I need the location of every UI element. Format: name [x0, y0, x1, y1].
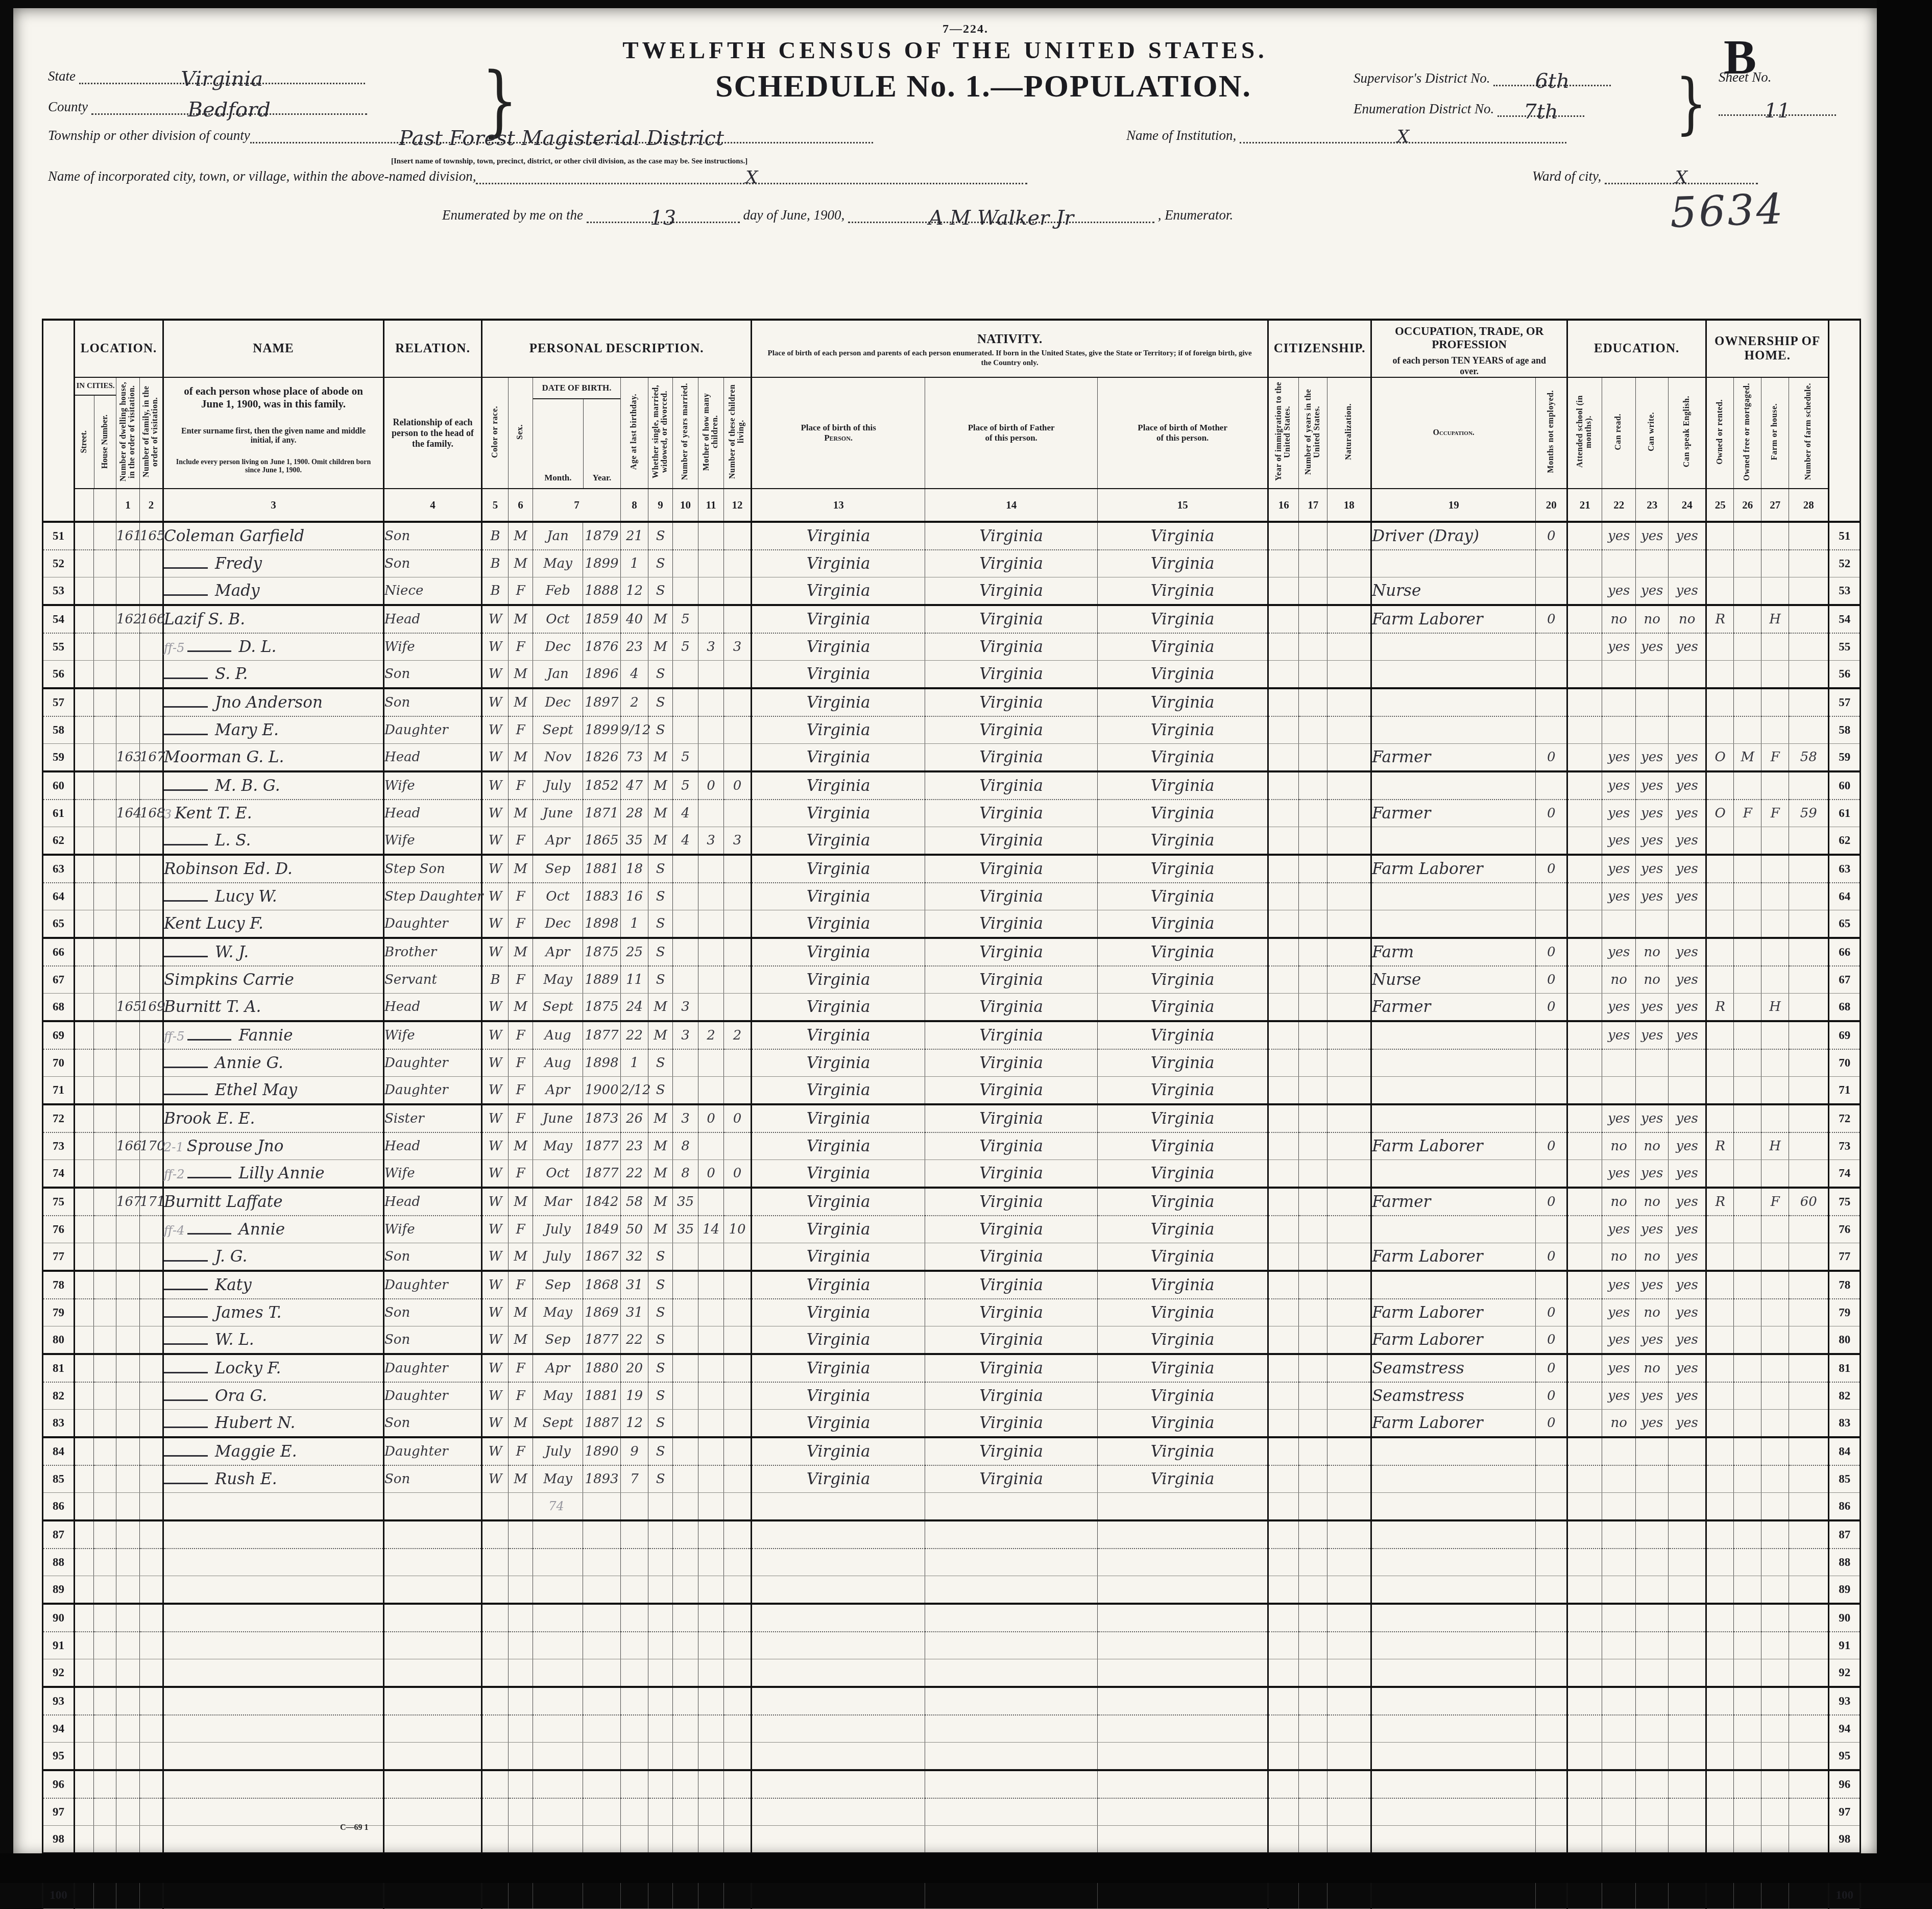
cell-name: Ora G.: [163, 1382, 384, 1410]
immigration-header: Year of immigration to the United States…: [1268, 377, 1299, 489]
cell-owned-rented: [1706, 1549, 1734, 1576]
cell-months-not-employed: 0: [1536, 1243, 1567, 1271]
cell-dwelling-no: [116, 1632, 140, 1659]
cell-family-no: [140, 1354, 163, 1382]
cell-can-english: [1669, 1659, 1706, 1687]
cell-farm-house: [1761, 661, 1789, 689]
cell-free-mortgaged: [1734, 1520, 1761, 1549]
cell-farm-house: F: [1761, 800, 1789, 827]
cell-can-read: [1602, 1632, 1636, 1659]
col-num: 23: [1636, 489, 1669, 522]
cell-attended-school: [1567, 744, 1602, 772]
cell-street: [75, 855, 94, 883]
cell-can-english: [1669, 1049, 1706, 1077]
cell-pob-person: Virginia: [752, 605, 925, 633]
cell-family-no: [140, 771, 163, 800]
cell-years-married: [673, 938, 698, 966]
cell-years-married: [673, 1271, 698, 1299]
cell-immigration-year: [1268, 827, 1299, 855]
cell-can-write: yes: [1636, 827, 1669, 855]
enumerator-signature: A M Walker Jr: [929, 206, 1074, 230]
name-desc-text: of each person whose place of abode on J…: [164, 378, 383, 414]
cell-can-english: [1669, 550, 1706, 577]
enumerated-pre: Enumerated by me on the: [442, 207, 583, 223]
cell-years-us: [1299, 1632, 1327, 1659]
cell-attended-school: [1567, 1299, 1602, 1326]
cell-birth-month: Apr: [533, 1077, 583, 1105]
cell-name: ff-5D. L.: [163, 633, 384, 661]
cell-pob-father: Virginia: [925, 1132, 1098, 1160]
cell-immigration-year: [1268, 1132, 1299, 1160]
row-number-right: 60: [1829, 771, 1861, 800]
cell-birth-month: May: [533, 1382, 583, 1410]
cell-free-mortgaged: [1734, 1604, 1761, 1632]
cell-owned-rented: [1706, 633, 1734, 661]
cell-months-not-employed: 0: [1536, 1354, 1567, 1382]
cell-children-living: [724, 744, 752, 772]
cell-immigration-year: [1268, 855, 1299, 883]
cell-children-living: [724, 522, 752, 550]
cell-years-married: [673, 1410, 698, 1438]
cell-birth-month: Sept: [533, 716, 583, 744]
cell-birth-year: 1890: [583, 1437, 621, 1465]
cell-dwelling-no: [116, 1104, 140, 1132]
cell-street: [75, 1520, 94, 1549]
col-num: 3: [163, 489, 384, 522]
cell-can-read: yes: [1602, 994, 1636, 1022]
cell-pob-father: Virginia: [925, 883, 1098, 910]
cell-pob-mother: [1098, 1826, 1268, 1854]
cell-age: 1: [621, 1049, 648, 1077]
cell-naturalization: [1327, 1382, 1371, 1410]
cell-years-us: [1299, 1354, 1327, 1382]
cell-can-read: no: [1602, 1410, 1636, 1438]
cell-children-living: 0: [724, 1160, 752, 1188]
cell-marital: S: [648, 1410, 673, 1438]
cell-can-read: [1602, 1549, 1636, 1576]
cell-relation: [384, 1520, 482, 1549]
cell-naturalization: [1327, 1576, 1371, 1604]
cell-farm-house: [1761, 1049, 1789, 1077]
cell-color: [482, 1881, 509, 1909]
cell-house-number: [94, 1770, 116, 1798]
cell-attended-school: [1567, 1465, 1602, 1493]
cell-can-write: [1636, 1465, 1669, 1493]
cell-years-us: [1299, 1715, 1327, 1743]
cell-years-us: [1299, 1604, 1327, 1632]
row-number-right: 73: [1829, 1132, 1861, 1160]
cell-street: [75, 1715, 94, 1743]
cell-can-english: [1669, 1632, 1706, 1659]
cell-pob-person: [752, 1743, 925, 1771]
cell-attended-school: [1567, 1216, 1602, 1243]
in-cities-title: IN CITIES.: [75, 378, 116, 396]
table-row: 9898: [43, 1826, 1861, 1854]
cell-can-write: yes: [1636, 994, 1669, 1022]
cell-pob-mother: [1098, 1493, 1268, 1521]
cell-years-us: [1299, 910, 1327, 938]
ditto-mark: [187, 1170, 231, 1178]
cell-pob-mother: Virginia: [1098, 661, 1268, 689]
cell-marital: M: [648, 1104, 673, 1132]
sheet-value: 11: [1765, 99, 1791, 123]
row-number-left: 69: [43, 1021, 75, 1049]
cell-color: W: [482, 1382, 509, 1410]
cell-farm-house: [1761, 855, 1789, 883]
cell-pob-mother: Virginia: [1098, 1243, 1268, 1271]
cell-street: [75, 1021, 94, 1049]
cell-occupation: [1371, 550, 1536, 577]
cell-pob-person: Virginia: [752, 827, 925, 855]
cell-years-us: [1299, 1437, 1327, 1465]
cell-pob-person: Virginia: [752, 1132, 925, 1160]
cell-years-us: [1299, 1826, 1327, 1854]
col-num: 27: [1761, 489, 1789, 522]
township-field: Township or other division of countyPast…: [48, 127, 873, 143]
cell-owned-rented: [1706, 1687, 1734, 1715]
cell-occupation: [1371, 910, 1536, 938]
cell-pob-person: Virginia: [752, 938, 925, 966]
cell-family-no: [140, 1077, 163, 1105]
cell-occupation: Seamstress: [1371, 1382, 1536, 1410]
cell-color: W: [482, 661, 509, 689]
cell-relation: Brother: [384, 938, 482, 966]
cell-pob-mother: Virginia: [1098, 1410, 1268, 1438]
cell-color: W: [482, 910, 509, 938]
cell-occupation: Farm: [1371, 938, 1536, 966]
cell-marital: M: [648, 994, 673, 1022]
cell-birth-year: 1877: [583, 1132, 621, 1160]
cell-can-write: yes: [1636, 1410, 1669, 1438]
cell-relation: Head: [384, 1132, 482, 1160]
cell-house-number: [94, 1687, 116, 1715]
cell-house-number: [94, 827, 116, 855]
row-number-right: 71: [1829, 1077, 1861, 1105]
cell-can-english: yes: [1669, 577, 1706, 606]
cell-age: 25: [621, 938, 648, 966]
cell-dwelling-no: [116, 1770, 140, 1798]
cell-house-number: [94, 855, 116, 883]
cell-street: [75, 1743, 94, 1771]
cell-street: [75, 1687, 94, 1715]
cell-age: [621, 1881, 648, 1909]
cell-naturalization: [1327, 1549, 1371, 1576]
row-number-right: 56: [1829, 661, 1861, 689]
cell-house-number: [94, 1410, 116, 1438]
table-row: 71Ethel MayDaughterWFApr19002/12SVirgini…: [43, 1077, 1861, 1105]
cell-farm-house: H: [1761, 1132, 1789, 1160]
cell-free-mortgaged: [1734, 1354, 1761, 1382]
cell-free-mortgaged: [1734, 577, 1761, 606]
cell-mother-of: [698, 744, 724, 772]
cell-can-english: yes: [1669, 1104, 1706, 1132]
cell-can-read: [1602, 1604, 1636, 1632]
cell-immigration-year: [1268, 938, 1299, 966]
cell-relation: [384, 1687, 482, 1715]
cell-children-living: [724, 1077, 752, 1105]
cell-months-not-employed: [1536, 1077, 1567, 1105]
cell-farm-house: [1761, 1354, 1789, 1382]
cell-children-living: [724, 1687, 752, 1715]
cell-relation: Wife: [384, 1216, 482, 1243]
ditto-mark: [164, 670, 208, 679]
cell-years-us: [1299, 1382, 1327, 1410]
row-number-right: 51: [1829, 522, 1861, 550]
cell-farm-schedule: [1789, 1354, 1829, 1382]
cell-can-english: [1669, 1881, 1706, 1909]
cell-can-write: yes: [1636, 1326, 1669, 1355]
cell-pob-mother: Virginia: [1098, 716, 1268, 744]
cell-immigration-year: [1268, 1576, 1299, 1604]
cell-years-married: 5: [673, 633, 698, 661]
cell-pob-mother: Virginia: [1098, 1437, 1268, 1465]
cell-relation: Daughter: [384, 1382, 482, 1410]
table-row: 55ff-5D. L.WifeWFDec187623M533VirginiaVi…: [43, 633, 1861, 661]
cell-can-write: [1636, 1770, 1669, 1798]
cell-children-living: [724, 1326, 752, 1355]
cell-owned-rented: [1706, 1770, 1734, 1798]
state-label: State: [48, 68, 76, 84]
cell-name: Maggie E.: [163, 1437, 384, 1465]
cell-name: Robinson Ed. D.: [163, 855, 384, 883]
row-number-left: 64: [43, 883, 75, 910]
cell-street: [75, 1465, 94, 1493]
cell-name: Coleman Garfield: [163, 522, 384, 550]
color-header: Color or race.: [482, 377, 509, 489]
cell-color: [482, 1715, 509, 1743]
cell-years-married: 3: [673, 994, 698, 1022]
cell-immigration-year: [1268, 1881, 1299, 1909]
table-row: 58Mary E.DaughterWFSept18999/12SVirginia…: [43, 716, 1861, 744]
row-number-right: 75: [1829, 1188, 1861, 1216]
cell-birth-month: Mar: [533, 1188, 583, 1216]
cell-owned-rented: [1706, 855, 1734, 883]
cell-pob-person: Virginia: [752, 1271, 925, 1299]
cell-marital: [648, 1687, 673, 1715]
table-row: 85Rush E.SonWMMay18937SVirginiaVirginiaV…: [43, 1465, 1861, 1493]
cell-street: [75, 1160, 94, 1188]
cell-color: W: [482, 744, 509, 772]
cell-occupation: [1371, 716, 1536, 744]
cell-mother-of: [698, 883, 724, 910]
cell-can-write: no: [1636, 1243, 1669, 1271]
cell-pob-person: [752, 1826, 925, 1854]
cell-children-living: [724, 1576, 752, 1604]
cell-sex: M: [509, 1326, 533, 1355]
cell-birth-year: 1888: [583, 577, 621, 606]
cell-mother-of: 3: [698, 633, 724, 661]
cell-children-living: [724, 1659, 752, 1687]
cell-months-not-employed: 0: [1536, 938, 1567, 966]
cell-dwelling-no: [116, 1604, 140, 1632]
sex-header: Sex.: [509, 377, 533, 489]
cell-children-living: [724, 605, 752, 633]
cell-years-us: [1299, 1659, 1327, 1687]
nativity-desc: Place of birth of each person and parent…: [752, 347, 1267, 368]
cell-birth-month: [533, 1632, 583, 1659]
cell-farm-schedule: [1789, 550, 1829, 577]
cell-attended-school: [1567, 1715, 1602, 1743]
cell-birth-month: May: [533, 1132, 583, 1160]
cell-free-mortgaged: [1734, 1188, 1761, 1216]
cell-years-married: [673, 1465, 698, 1493]
cell-relation: Step Daughter: [384, 883, 482, 910]
cell-farm-house: [1761, 966, 1789, 994]
cell-attended-school: [1567, 1632, 1602, 1659]
cell-immigration-year: [1268, 1160, 1299, 1188]
cell-can-read: [1602, 661, 1636, 689]
cell-farm-house: [1761, 1493, 1789, 1521]
cell-can-read: [1602, 1743, 1636, 1771]
cell-owned-rented: [1706, 1743, 1734, 1771]
cell-mother-of: [698, 1077, 724, 1105]
cell-pob-father: Virginia: [925, 577, 1098, 606]
cell-house-number: [94, 1465, 116, 1493]
cell-color: [482, 1604, 509, 1632]
cell-pob-person: [752, 1549, 925, 1576]
cell-birth-month: Apr: [533, 938, 583, 966]
table-row: 68165169Burnitt T. A.HeadWMSept187524M3V…: [43, 994, 1861, 1022]
cell-birth-year: 1883: [583, 883, 621, 910]
cell-owned-rented: [1706, 910, 1734, 938]
row-number-left: 85: [43, 1465, 75, 1493]
cell-birth-year: 1859: [583, 605, 621, 633]
cell-occupation: [1371, 1216, 1536, 1243]
cell-family-no: [140, 855, 163, 883]
occupation-subtitle: of each person TEN YEARS of age and over…: [1372, 351, 1566, 377]
table-row: 9696: [43, 1770, 1861, 1798]
ditto-mark: [164, 587, 208, 596]
cell-naturalization: [1327, 1354, 1371, 1382]
cell-age: [621, 1715, 648, 1743]
cell-pob-mother: [1098, 1576, 1268, 1604]
cell-relation: Head: [384, 800, 482, 827]
ditto-mark: [164, 699, 208, 708]
col-num: 1: [116, 489, 140, 522]
col-num: 15: [1098, 489, 1268, 522]
cell-can-english: [1669, 1576, 1706, 1604]
cell-birth-month: May: [533, 1465, 583, 1493]
city-label: Name of incorporated city, town, or vill…: [48, 168, 476, 184]
cell-can-read: no: [1602, 1132, 1636, 1160]
cell-name: ff-5Fannie: [163, 1021, 384, 1049]
cell-owned-rented: [1706, 1798, 1734, 1826]
cell-mother-of: [698, 1271, 724, 1299]
cell-dwelling-no: [116, 938, 140, 966]
table-row: 9191: [43, 1632, 1861, 1659]
cell-naturalization: [1327, 855, 1371, 883]
cell-can-write: yes: [1636, 1382, 1669, 1410]
col-num: 24: [1669, 489, 1706, 522]
cell-free-mortgaged: [1734, 1659, 1761, 1687]
row-number-left: 100: [43, 1881, 75, 1909]
table-row: 8787: [43, 1520, 1861, 1549]
cell-mother-of: [698, 1132, 724, 1160]
col-num: 12: [724, 489, 752, 522]
cell-relation: Wife: [384, 1021, 482, 1049]
cell-immigration-year: [1268, 1687, 1299, 1715]
cell-months-not-employed: [1536, 1715, 1567, 1743]
cell-birth-month: Apr: [533, 1354, 583, 1382]
cell-farm-house: F: [1761, 1188, 1789, 1216]
ditto-mark: [187, 1032, 231, 1041]
cell-immigration-year: [1268, 1410, 1299, 1438]
cell-color: W: [482, 1021, 509, 1049]
cell-attended-school: [1567, 577, 1602, 606]
cell-color: W: [482, 1132, 509, 1160]
table-row: 74ff-2Lilly AnnieWifeWFOct187722M800Virg…: [43, 1160, 1861, 1188]
cell-farm-schedule: [1789, 1160, 1829, 1188]
cell-can-read: [1602, 1687, 1636, 1715]
table-row: 59163167Moorman G. L.HeadWMNov182673M5Vi…: [43, 744, 1861, 772]
cell-pob-father: Virginia: [925, 1354, 1098, 1382]
cell-birth-year: 1869: [583, 1299, 621, 1326]
cell-can-english: yes: [1669, 1410, 1706, 1438]
cell-birth-month: [533, 1549, 583, 1576]
cell-pob-mother: Virginia: [1098, 966, 1268, 994]
cell-pob-mother: Virginia: [1098, 633, 1268, 661]
row-number-right: 66: [1829, 938, 1861, 966]
cell-street: [75, 1437, 94, 1465]
cell-naturalization: [1327, 633, 1371, 661]
cell-mother-of: [698, 1188, 724, 1216]
table-row: 54162166Lazif S. B.HeadWMOct185940M5Virg…: [43, 605, 1861, 633]
cell-years-us: [1299, 1881, 1327, 1909]
cell-street: [75, 800, 94, 827]
cell-farm-schedule: [1789, 1104, 1829, 1132]
table-row: 52FredySonBMMay18991SVirginiaVirginiaVir…: [43, 550, 1861, 577]
cell-color: W: [482, 1077, 509, 1105]
cell-house-number: [94, 1798, 116, 1826]
cell-months-not-employed: [1536, 1743, 1567, 1771]
cell-can-write: no: [1636, 1354, 1669, 1382]
cell-pob-person: [752, 1520, 925, 1549]
cell-farm-house: [1761, 1881, 1789, 1909]
cell-name: Kent Lucy F.: [163, 910, 384, 938]
cell-occupation: Farm Laborer: [1371, 605, 1536, 633]
cell-months-not-employed: [1536, 1549, 1567, 1576]
cell-dwelling-no: [116, 883, 140, 910]
cell-color: W: [482, 855, 509, 883]
col-num: 5: [482, 489, 509, 522]
col-num: 4: [384, 489, 482, 522]
table-row: 77J. G.SonWMJuly186732SVirginiaVirginiaV…: [43, 1243, 1861, 1271]
cell-birth-year: 1842: [583, 1188, 621, 1216]
cell-occupation: [1371, 1493, 1536, 1521]
cell-birth-month: [533, 1576, 583, 1604]
cell-children-living: [724, 938, 752, 966]
cell-age: [621, 1520, 648, 1549]
cell-relation: [384, 1493, 482, 1521]
cell-immigration-year: [1268, 744, 1299, 772]
cell-pob-person: Virginia: [752, 910, 925, 938]
dob-month-header: Month.: [533, 399, 584, 488]
cell-can-write: [1636, 1798, 1669, 1826]
cell-marital: [648, 1715, 673, 1743]
cell-can-english: [1669, 1798, 1706, 1826]
cell-attended-school: [1567, 605, 1602, 633]
cell-can-english: [1669, 1465, 1706, 1493]
cell-years-us: [1299, 1132, 1327, 1160]
row-number-right: 55: [1829, 633, 1861, 661]
cell-can-english: yes: [1669, 1160, 1706, 1188]
cell-free-mortgaged: [1734, 827, 1761, 855]
cell-pob-father: [925, 1881, 1098, 1909]
cell-free-mortgaged: F: [1734, 800, 1761, 827]
cell-age: 23: [621, 1132, 648, 1160]
cell-color: W: [482, 605, 509, 633]
supervisor-label: Supervisor's District No.: [1354, 70, 1490, 86]
